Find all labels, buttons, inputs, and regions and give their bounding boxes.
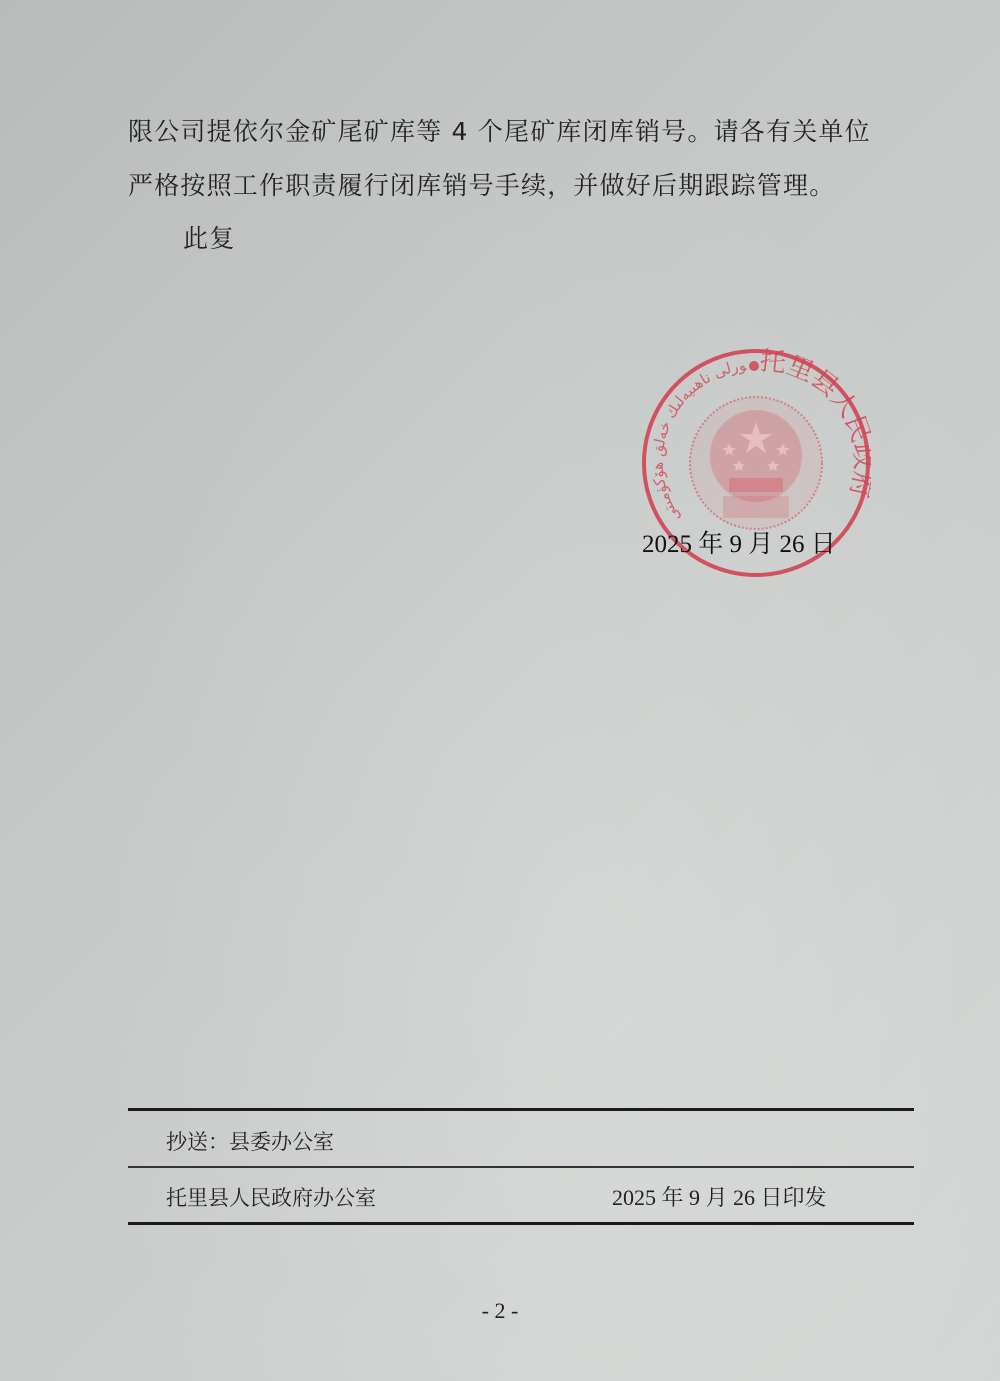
issuing-office: 托里县人民政府办公室 — [166, 1182, 376, 1212]
issue-date: 2025 年 9 月 26 日印发 — [612, 1181, 827, 1212]
footer-bottom-rule — [128, 1222, 914, 1225]
body-text-line-2: 严格按照工作职责履行闭库销号手续，并做好后期跟踪管理。 — [128, 166, 835, 202]
cc-recipients: 抄送：县委办公室 — [166, 1126, 334, 1156]
paper-background — [0, 0, 1000, 1381]
signature-date: 2025 年 9 月 26 日 — [642, 524, 836, 560]
footer-top-rule — [128, 1108, 914, 1111]
page-number: - 2 - — [0, 1298, 1000, 1324]
footer-middle-rule — [128, 1166, 914, 1168]
body-text-line-1: 限公司提依尔金矿尾矿库等 4 个尾矿库闭库销号。请各有关单位 — [128, 112, 871, 148]
closing-remark: 此复 — [183, 219, 235, 255]
